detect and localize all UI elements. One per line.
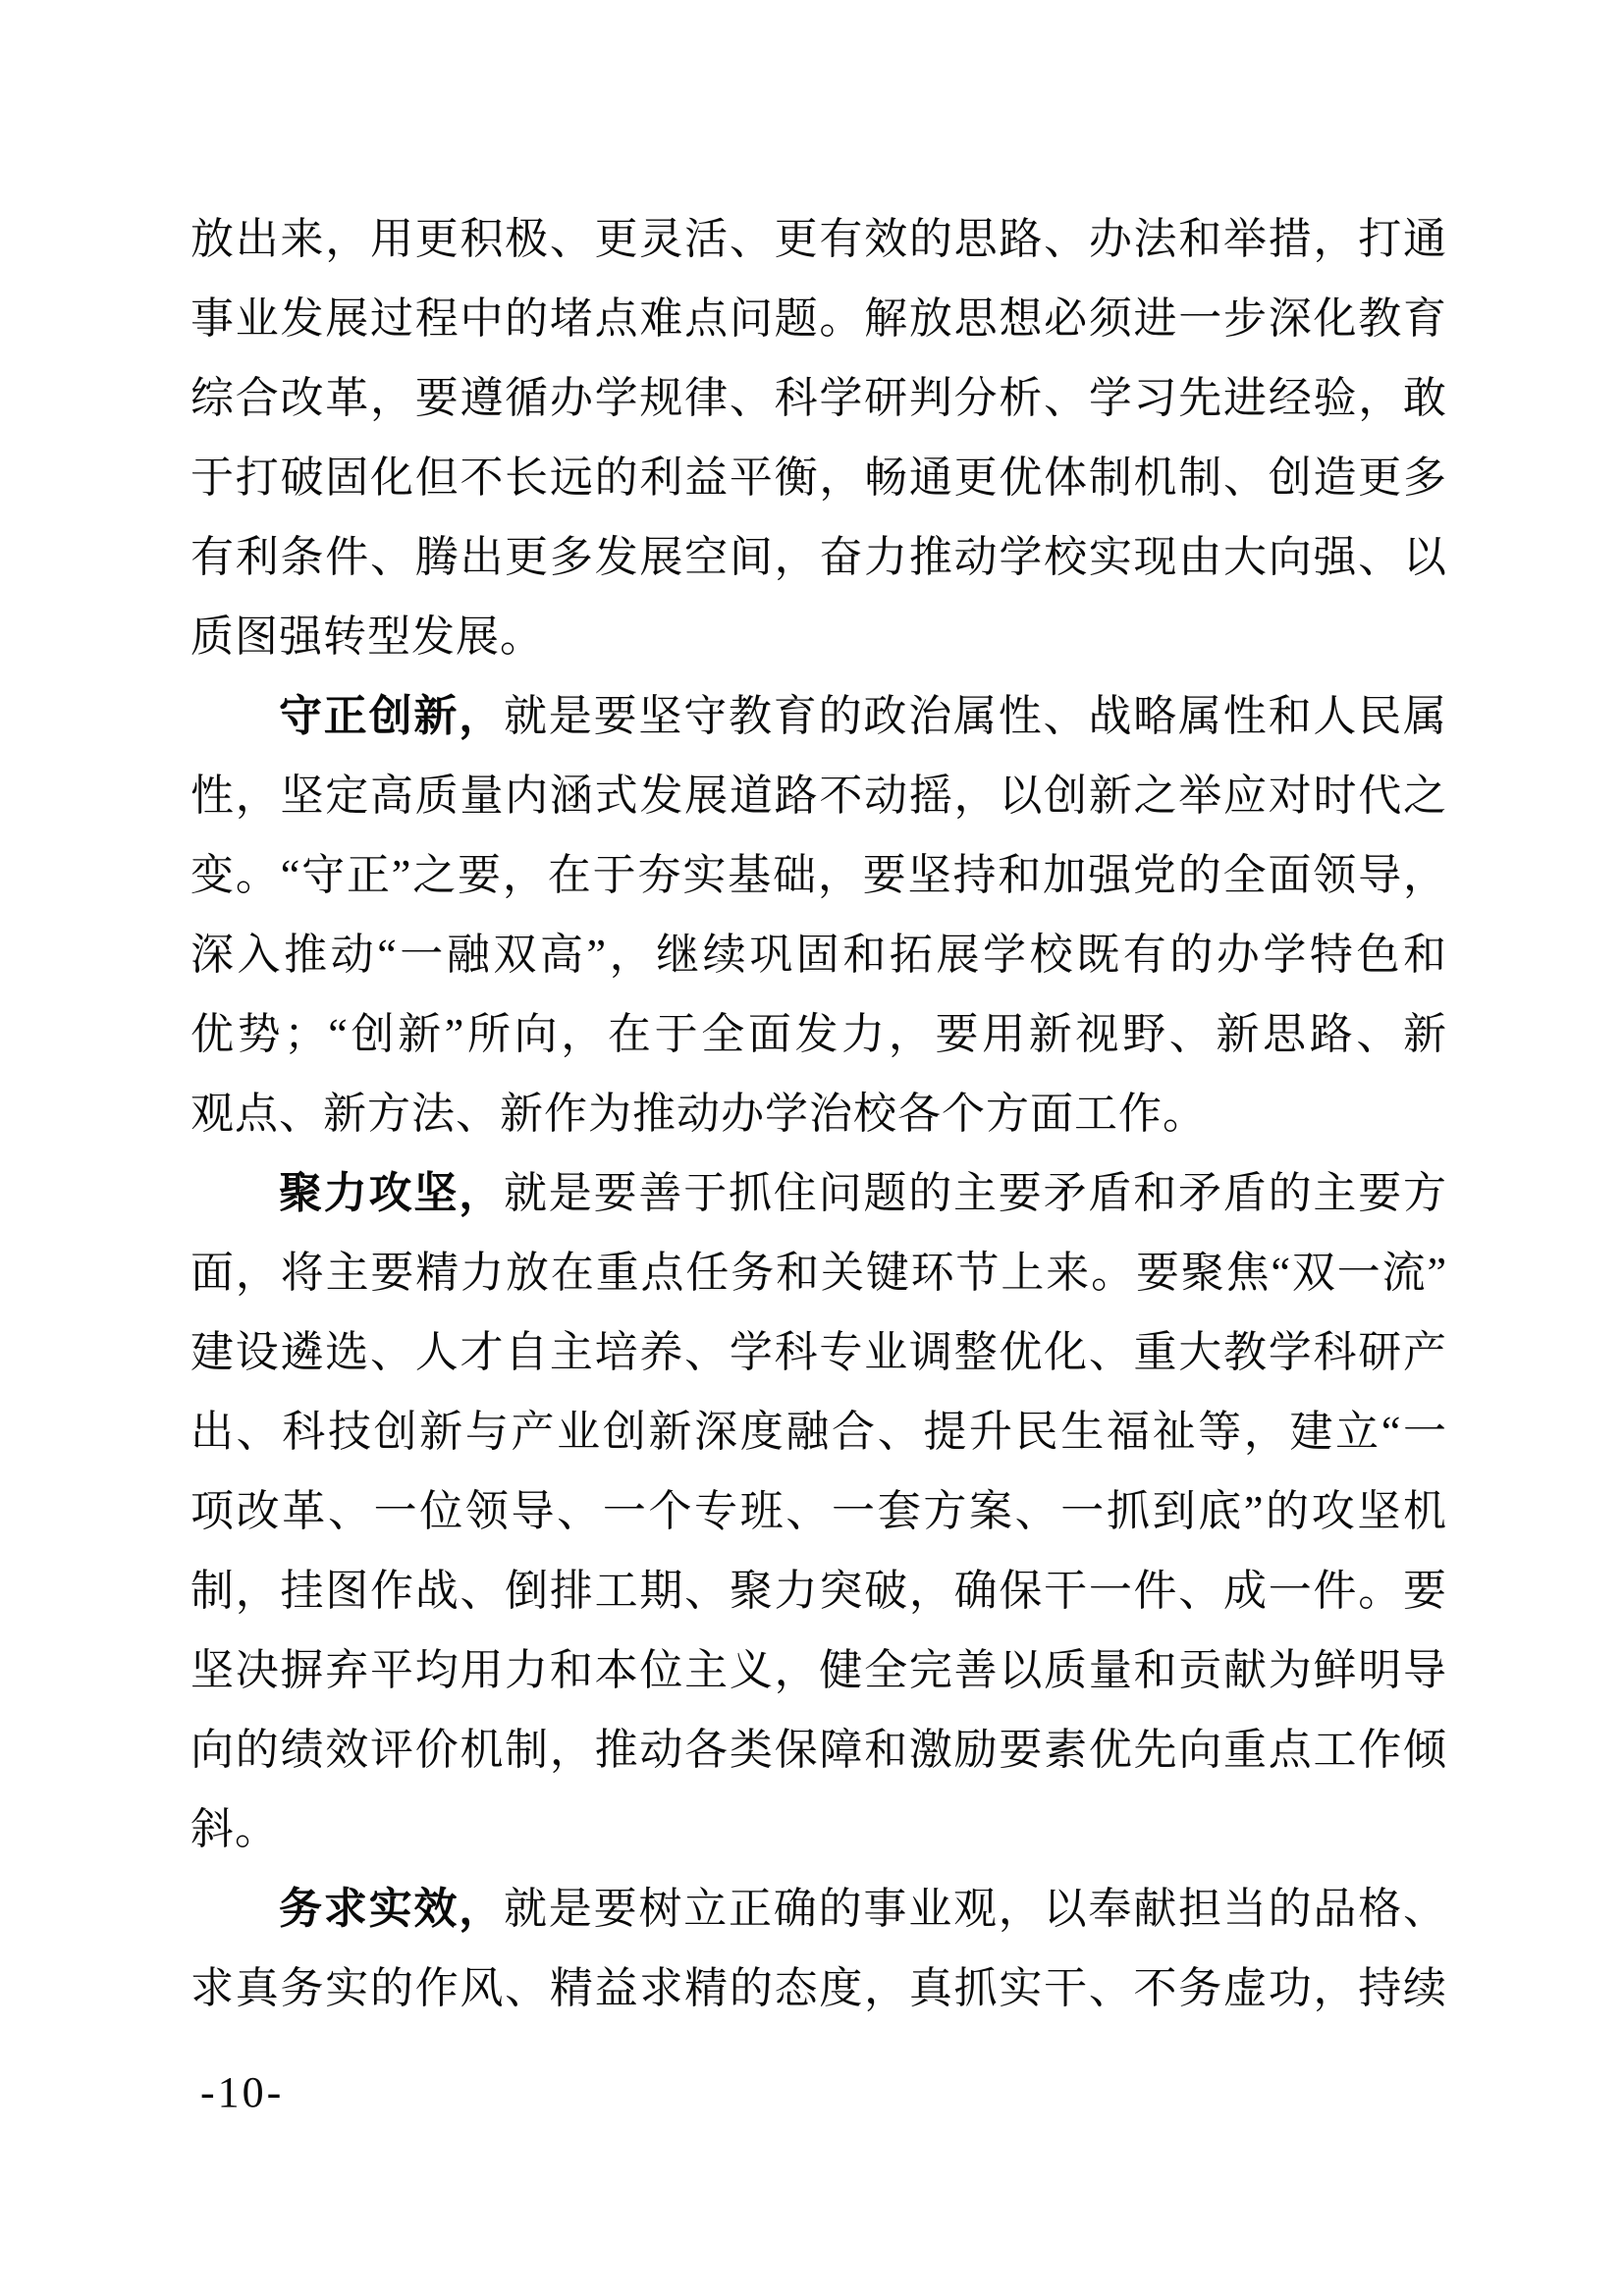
text-line: 守正创新，就是要坚守教育的政治属性、战略属性和人民属 <box>190 676 1447 756</box>
text-line: 向的绩效评价机制，推动各类保障和激励要素优先向重点工作倾 <box>190 1710 1447 1789</box>
text-line: 有利条件、腾出更多发展空间，奋力推动学校实现由大向强、以 <box>190 517 1447 597</box>
text-line: 制，挂图作战、倒排工期、聚力突破，确保干一件、成一件。要 <box>190 1551 1447 1630</box>
text-line: 综合改革，要遵循办学规律、科学研判分析、学习先进经验，敢 <box>190 358 1447 438</box>
page-number: -10- <box>200 2063 284 2122</box>
text-line: 性，坚定高质量内涵式发展道路不动摇，以创新之举应对时代之 <box>190 756 1447 835</box>
text-line: 面，将主要精力放在重点任务和关键环节上来。要聚焦“双一流” <box>190 1233 1447 1312</box>
text-line: 项改革、一位领导、一个专班、一套方案、一抓到底”的攻坚机 <box>190 1471 1447 1551</box>
text-line: 变。“守正”之要，在于夯实基础，要坚持和加强党的全面领导， <box>190 835 1447 915</box>
text-line: 优势；“创新”所向，在于全面发力，要用新视野、新思路、新 <box>190 994 1447 1074</box>
text-line: 斜。 <box>190 1789 1447 1869</box>
text-line: 质图强转型发展。 <box>190 597 1447 676</box>
text-line: 坚决摒弃平均用力和本位主义，健全完善以质量和贡献为鲜明导 <box>190 1630 1447 1710</box>
text-line: 深入推动“一融双高”，继续巩固和拓展学校既有的办学特色和 <box>190 915 1447 994</box>
document-content: 放出来，用更积极、更灵活、更有效的思路、办法和举措，打通事业发展过程中的堵点难点… <box>190 199 1447 2028</box>
paragraph-lead: 守正创新， <box>279 692 504 740</box>
text-line: 务求实效，就是要树立正确的事业观，以奉献担当的品格、 <box>190 1869 1447 1949</box>
text-line: 放出来，用更积极、更灵活、更有效的思路、办法和举措，打通 <box>190 199 1447 279</box>
text-line: 聚力攻坚，就是要善于抓住问题的主要矛盾和矛盾的主要方 <box>190 1153 1447 1233</box>
document-page: 放出来，用更积极、更灵活、更有效的思路、办法和举措，打通事业发展过程中的堵点难点… <box>0 0 1624 2296</box>
text-line: 建设遴选、人才自主培养、学科专业调整优化、重大教学科研产 <box>190 1312 1447 1392</box>
text-line: 求真务实的作风、精益求精的态度，真抓实干、不务虚功，持续 <box>190 1949 1447 2028</box>
text-line: 观点、新方法、新作为推动办学治校各个方面工作。 <box>190 1074 1447 1153</box>
paragraph-lead: 聚力攻坚， <box>279 1169 504 1217</box>
text-line: 出、科技创新与产业创新深度融合、提升民生福祉等，建立“一 <box>190 1392 1447 1471</box>
text-line: 于打破固化但不长远的利益平衡，畅通更优体制机制、创造更多 <box>190 438 1447 517</box>
paragraph-lead: 务求实效， <box>279 1885 504 1933</box>
text-line: 事业发展过程中的堵点难点问题。解放思想必须进一步深化教育 <box>190 279 1447 358</box>
